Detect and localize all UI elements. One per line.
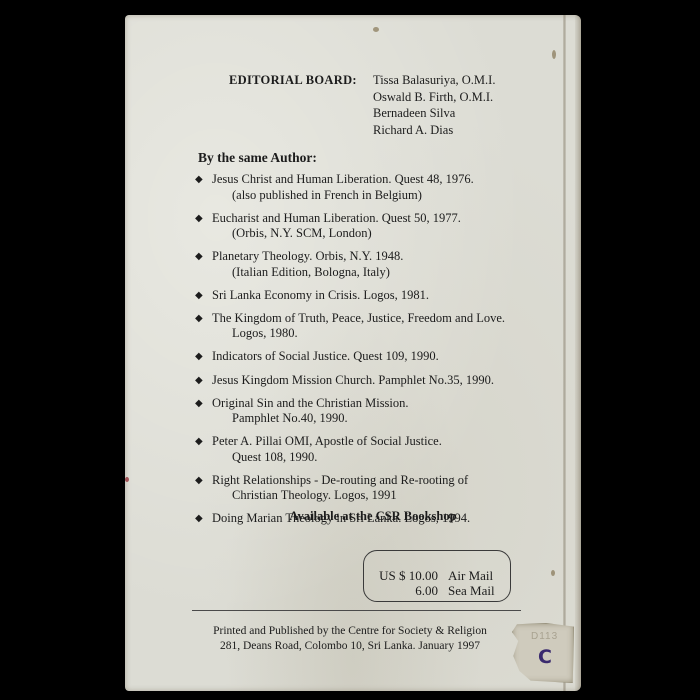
book-title: Jesus Christ and Human Liberation. Quest… [212,172,575,188]
stain-mark [551,570,555,576]
diamond-bullet-icon: ◆ [195,373,203,389]
publisher-line: Printed and Published by the Centre for … [180,624,520,639]
separator-line [192,610,521,611]
price-row-air: US $ 10.00 Air Mail [368,568,494,583]
book-note: Logos, 1980. [212,326,575,342]
stain-mark [125,477,129,482]
diamond-bullet-icon: ◆ [195,172,203,188]
board-member: Tissa Balasuriya, O.M.I. [373,72,495,89]
shipping-mode: Air Mail [448,568,494,583]
diamond-bullet-icon: ◆ [195,249,203,265]
book-note: (Orbis, N.Y. SCM, London) [212,226,575,242]
publisher-address: 281, Deans Road, Colombo 10, Sri Lanka. … [180,639,520,654]
list-item: ◆ Indicators of Social Justice. Quest 10… [195,349,575,365]
publisher-info: Printed and Published by the Centre for … [180,624,520,654]
list-item: ◆ Right Relationships - De-routing and R… [195,473,575,504]
book-note: Pamphlet No.40, 1990. [212,411,575,427]
book-note: (Italian Edition, Bologna, Italy) [212,265,575,281]
board-member: Richard A. Dias [373,122,495,139]
list-item: ◆ Peter A. Pillai OMI, Apostle of Social… [195,434,575,465]
book-title: Indicators of Social Justice. Quest 109,… [212,349,575,365]
book-title: Planetary Theology. Orbis, N.Y. 1948. [212,249,575,265]
book-title: Eucharist and Human Liberation. Quest 50… [212,211,575,227]
book-note: Christian Theology. Logos, 1991 [212,488,575,504]
availability-note: Available at the CSR Bookshop [125,509,581,524]
stain-mark [552,50,556,59]
list-item: ◆ Sri Lanka Economy in Crisis. Logos, 19… [195,288,575,304]
price-box: US $ 10.00 Air Mail 6.00 Sea Mail [363,550,511,602]
board-member: Bernadeen Silva [373,105,495,122]
diamond-bullet-icon: ◆ [195,473,203,489]
book-back-cover: EDITORIAL BOARD: Tissa Balasuriya, O.M.I… [125,15,581,691]
price-rows: US $ 10.00 Air Mail 6.00 Sea Mail [368,568,494,598]
book-title: Original Sin and the Christian Mission. [212,396,575,412]
diamond-bullet-icon: ◆ [195,311,203,327]
price-amount: 6.00 [368,583,438,598]
list-item: ◆ Planetary Theology. Orbis, N.Y. 1948. … [195,249,575,280]
list-item: ◆ Jesus Kingdom Mission Church. Pamphlet… [195,373,575,389]
list-item: ◆ Original Sin and the Christian Mission… [195,396,575,427]
spine-edge [575,15,581,691]
sticker-code: D113 [531,631,558,642]
book-title: Sri Lanka Economy in Crisis. Logos, 1981… [212,288,575,304]
sticker-letter: C [538,646,552,668]
editorial-board-members: Tissa Balasuriya, O.M.I. Oswald B. Firth… [373,72,495,138]
book-note: Quest 108, 1990. [212,450,575,466]
diamond-bullet-icon: ◆ [195,434,203,450]
same-author-heading: By the same Author: [198,150,317,166]
book-title: The Kingdom of Truth, Peace, Justice, Fr… [212,311,575,327]
book-title: Jesus Kingdom Mission Church. Pamphlet N… [212,373,575,389]
price-amount: US $ 10.00 [368,568,438,583]
stain-mark [373,27,379,32]
shipping-mode: Sea Mail [448,583,494,598]
diamond-bullet-icon: ◆ [195,288,203,304]
diamond-bullet-icon: ◆ [195,211,203,227]
library-sticker: D113 C [512,623,574,683]
diamond-bullet-icon: ◆ [195,349,203,365]
photo-background: EDITORIAL BOARD: Tissa Balasuriya, O.M.I… [0,0,700,700]
board-member: Oswald B. Firth, O.M.I. [373,89,495,106]
diamond-bullet-icon: ◆ [195,396,203,412]
book-title: Right Relationships - De-routing and Re-… [212,473,575,489]
book-list: ◆ Jesus Christ and Human Liberation. Que… [195,172,575,535]
list-item: ◆ Jesus Christ and Human Liberation. Que… [195,172,575,203]
price-row-sea: 6.00 Sea Mail [368,583,494,598]
editorial-board-label: EDITORIAL BOARD: [229,72,357,89]
list-item: ◆ Eucharist and Human Liberation. Quest … [195,211,575,242]
list-item: ◆ The Kingdom of Truth, Peace, Justice, … [195,311,575,342]
book-note: (also published in French in Belgium) [212,188,575,204]
book-title: Peter A. Pillai OMI, Apostle of Social J… [212,434,575,450]
